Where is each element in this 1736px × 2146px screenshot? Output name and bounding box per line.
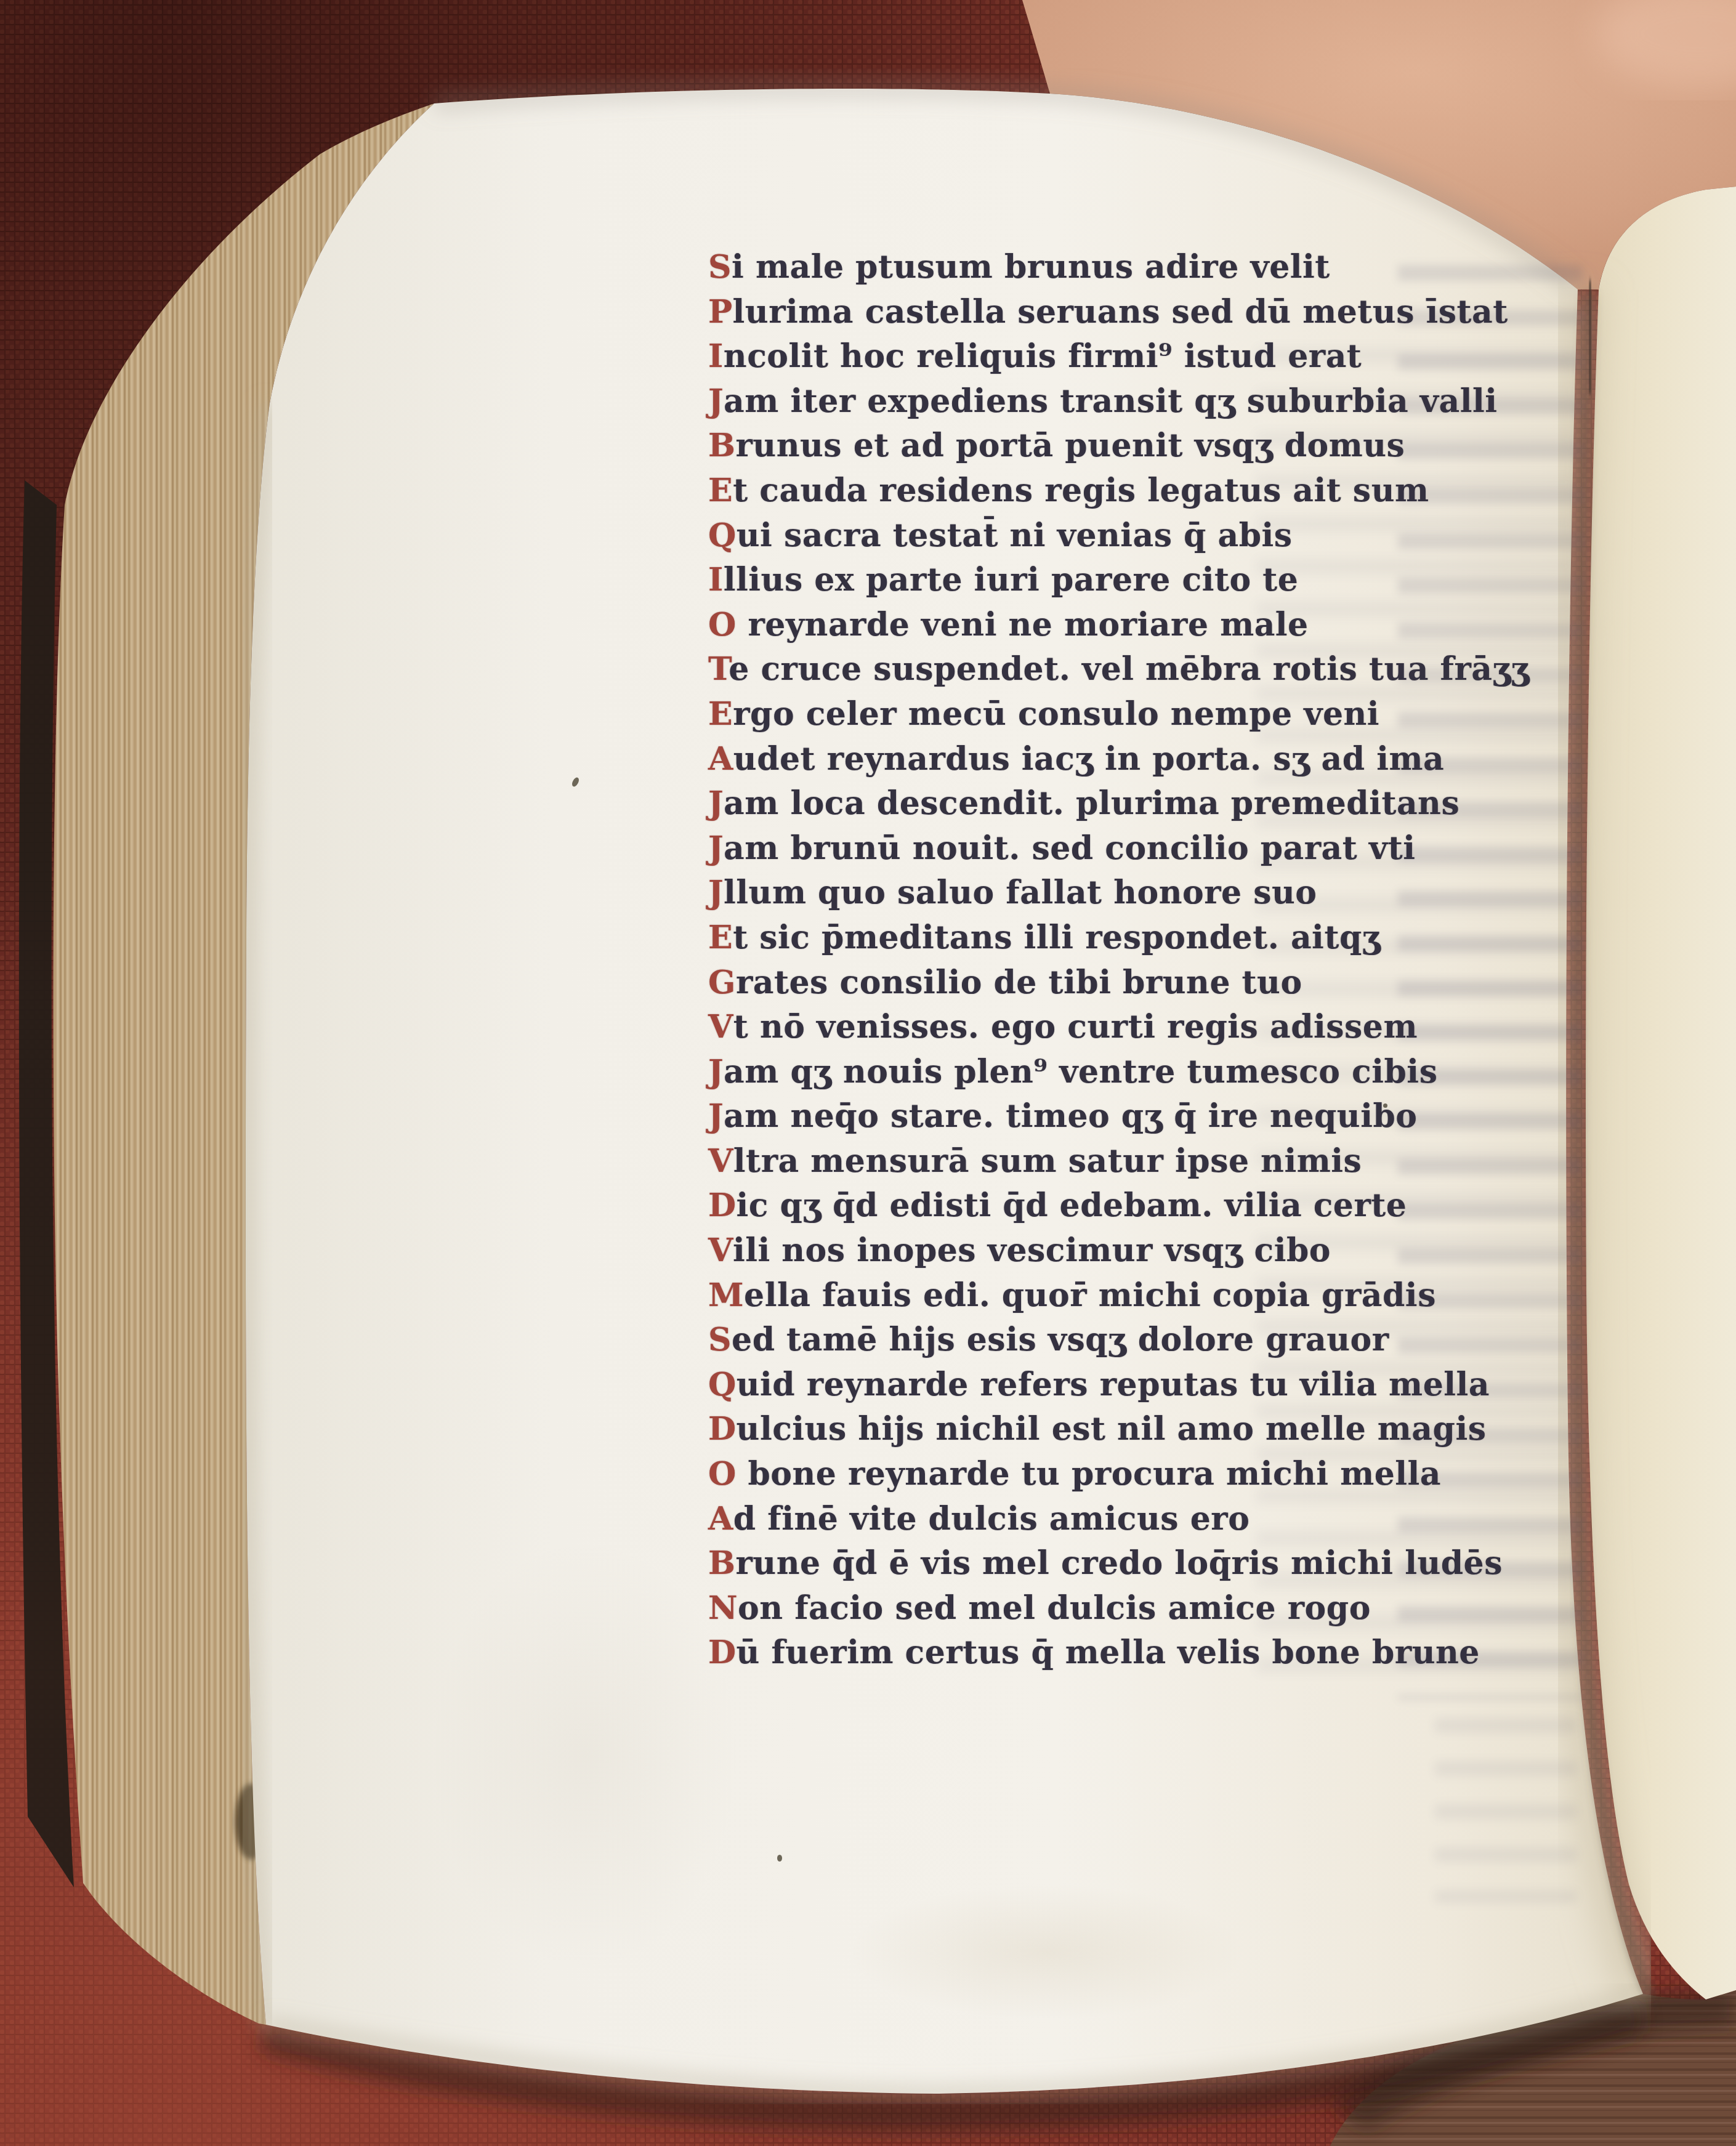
line-text: ed tamē hĳs esis vsqʒ dolore grauor (732, 1321, 1389, 1358)
line-initial-rubricated: B (708, 427, 735, 464)
line-initial-rubricated: E (708, 695, 733, 733)
line-text: am brunū nouit. sed concilio parat vti (724, 829, 1415, 867)
text-line: Qui sacra testat̄ ni venias q̄ abis (708, 514, 1570, 559)
text-line: Dū fuerim certus q̄ mella velis bone bru… (708, 1631, 1570, 1676)
line-initial-rubricated: M (708, 1277, 744, 1314)
text-line: Vt nō venisses. ego curti regis adissem (708, 1005, 1570, 1050)
text-line: Ad finē vite dulcis amicus ero (708, 1497, 1570, 1542)
line-text: rates consilio de tibi brune tuo (736, 964, 1302, 1001)
line-text: am loca descendit. plurima premeditans (724, 785, 1459, 822)
line-initial-rubricated: V (708, 1232, 733, 1269)
line-initial-rubricated: A (708, 740, 733, 778)
photo-of-open-book: Si male ptusum brunus adire velit Plurim… (0, 0, 1736, 2146)
line-initial-rubricated: B (708, 1544, 735, 1582)
line-initial-rubricated: S (708, 1321, 732, 1358)
text-line: Te cruce suspendet. vel mēbra rotis tua … (708, 647, 1570, 692)
line-initial-rubricated: E (708, 919, 733, 956)
line-text: ella fauis edi. quor̄ michi copia grādis (744, 1277, 1436, 1314)
line-text: am iter expediens transit qʒ suburbia va… (724, 382, 1497, 420)
text-line: Jam qʒ nouis plen⁹ ventre tumesco cibis (708, 1050, 1570, 1095)
text-line: Brune q̄d ē vis mel credo loq̄ris michi … (708, 1541, 1570, 1586)
line-text: ic qʒ q̄d edisti q̄d edebam. vilia certe (737, 1187, 1407, 1224)
text-line: Brunus et ad portā puenit vsqʒ domus (708, 424, 1570, 469)
text-line: Jllum quo saluo fallat honore suo (708, 871, 1570, 916)
line-text: llius ex parte iuri parere cito te (724, 561, 1299, 599)
text-line: Non facio sed mel dulcis amice rogo (708, 1586, 1570, 1631)
text-line: Jam neq̄o stare. timeo qʒ q̄ ire nequibo (708, 1094, 1570, 1139)
text-line: Sed tamē hĳs esis vsqʒ dolore grauor (708, 1318, 1570, 1363)
line-initial-rubricated: I (708, 337, 724, 375)
line-text: udet reynardus iacʒ in porta. sʒ ad ima (733, 740, 1444, 778)
line-text: t nō venisses. ego curti regis adissem (733, 1008, 1418, 1046)
line-initial-rubricated: D (708, 1187, 737, 1224)
line-initial-rubricated: A (708, 1500, 733, 1538)
line-initial-rubricated: S (708, 248, 732, 286)
line-text: i male ptusum brunus adire velit (732, 248, 1330, 286)
text-line: O bone reynarde tu procura michi mella (708, 1452, 1570, 1497)
text-line: Dulcius hĳs nichil est nil amo melle mag… (708, 1407, 1570, 1452)
line-initial-rubricated: O (708, 606, 737, 643)
gutter-dark-top (1589, 280, 1591, 394)
text-line: Plurima castella seruans sed dū metus īs… (708, 290, 1570, 335)
line-initial-rubricated: Q (708, 517, 737, 554)
line-text: t cauda residens regis legatus ait sum (733, 472, 1429, 509)
text-line: Incolit hoc reliquis firmi⁹ istud erat (708, 334, 1570, 379)
text-line: Quid reynarde refers reputas tu vilia me… (708, 1363, 1570, 1408)
line-text: d finē vite dulcis amicus ero (733, 1500, 1250, 1538)
line-initial-rubricated: G (708, 964, 736, 1001)
text-line: Illius ex parte iuri parere cito te (708, 558, 1570, 603)
line-initial-rubricated: J (708, 1097, 724, 1135)
text-line: Jam iter expediens transit qʒ suburbia v… (708, 379, 1570, 424)
line-text: llum quo saluo fallat honore suo (724, 874, 1317, 911)
line-text: t sic p̄meditans illi respondet. aitqʒ (733, 919, 1381, 956)
line-text: am qʒ nouis plen⁹ ventre tumesco cibis (724, 1053, 1437, 1091)
line-text: runus et ad portā puenit vsqʒ domus (735, 427, 1405, 464)
line-text: rune q̄d ē vis mel credo loq̄ris michi l… (735, 1544, 1503, 1582)
line-initial-rubricated: D (708, 1410, 737, 1448)
text-line: Et sic p̄meditans illi respondet. aitqʒ (708, 916, 1570, 961)
line-text: uid reynarde refers reputas tu vilia mel… (737, 1366, 1490, 1403)
line-text: rgo celer mecū consulo nempe veni (733, 695, 1379, 733)
line-text: e cruce suspendet. vel mēbra rotis tua f… (729, 650, 1529, 688)
line-initial-rubricated: I (708, 561, 724, 599)
text-line: Jam loca descendit. plurima premeditans (708, 781, 1570, 826)
text-line: Ergo celer mecū consulo nempe veni (708, 692, 1570, 737)
text-line: Jam brunū nouit. sed concilio parat vti (708, 826, 1570, 871)
text-line: Et cauda residens regis legatus ait sum (708, 469, 1570, 514)
line-initial-rubricated: N (708, 1589, 738, 1627)
text-line: Vili nos inopes vescimur vsqʒ cibo (708, 1228, 1570, 1273)
line-text: ulcius hĳs nichil est nil amo melle magi… (737, 1410, 1487, 1448)
line-text: bone reynarde tu procura michi mella (737, 1455, 1441, 1493)
line-initial-rubricated: J (708, 382, 724, 420)
line-initial-rubricated: V (708, 1008, 733, 1046)
line-text: ū fuerim certus q̄ mella velis bone brun… (737, 1634, 1480, 1671)
text-block: Si male ptusum brunus adire velit Plurim… (708, 245, 1570, 1676)
text-line: Si male ptusum brunus adire velit (708, 245, 1570, 290)
line-text: ili nos inopes vescimur vsqʒ cibo (733, 1232, 1331, 1269)
line-text: lurima castella seruans sed dū metus īst… (733, 293, 1508, 331)
line-initial-rubricated: T (708, 650, 729, 688)
line-initial-rubricated: J (708, 829, 724, 867)
text-line: Mella fauis edi. quor̄ michi copia grādi… (708, 1273, 1570, 1318)
line-initial-rubricated: D (708, 1634, 737, 1671)
line-text: reynarde veni ne moriare male (737, 606, 1309, 643)
line-text: on facio sed mel dulcis amice rogo (738, 1589, 1371, 1627)
line-initial-rubricated: Q (708, 1366, 737, 1403)
line-initial-rubricated: J (708, 874, 724, 911)
line-initial-rubricated: P (708, 293, 733, 331)
line-initial-rubricated: E (708, 472, 733, 509)
text-line: Audet reynardus iacʒ in porta. sʒ ad ima (708, 737, 1570, 782)
line-initial-rubricated: J (708, 785, 724, 822)
line-text: ltra mensurā sum satur ipse nimis (733, 1142, 1362, 1180)
line-initial-rubricated: J (708, 1053, 724, 1091)
line-text: ui sacra testat̄ ni venias q̄ abis (737, 517, 1293, 554)
paper-speck (777, 1855, 782, 1862)
facing-page-edge (1586, 187, 1736, 1999)
text-line: Vltra mensurā sum satur ipse nimis (708, 1139, 1570, 1184)
line-text: am neq̄o stare. timeo qʒ q̄ ire nequibo (724, 1097, 1417, 1135)
line-text: ncolit hoc reliquis firmi⁹ istud erat (724, 337, 1362, 375)
text-line: Grates consilio de tibi brune tuo (708, 961, 1570, 1006)
text-line: O reynarde veni ne moriare male (708, 603, 1570, 648)
text-line: Dic qʒ q̄d edisti q̄d edebam. vilia cert… (708, 1184, 1570, 1228)
line-initial-rubricated: V (708, 1142, 733, 1180)
line-initial-rubricated: O (708, 1455, 737, 1493)
